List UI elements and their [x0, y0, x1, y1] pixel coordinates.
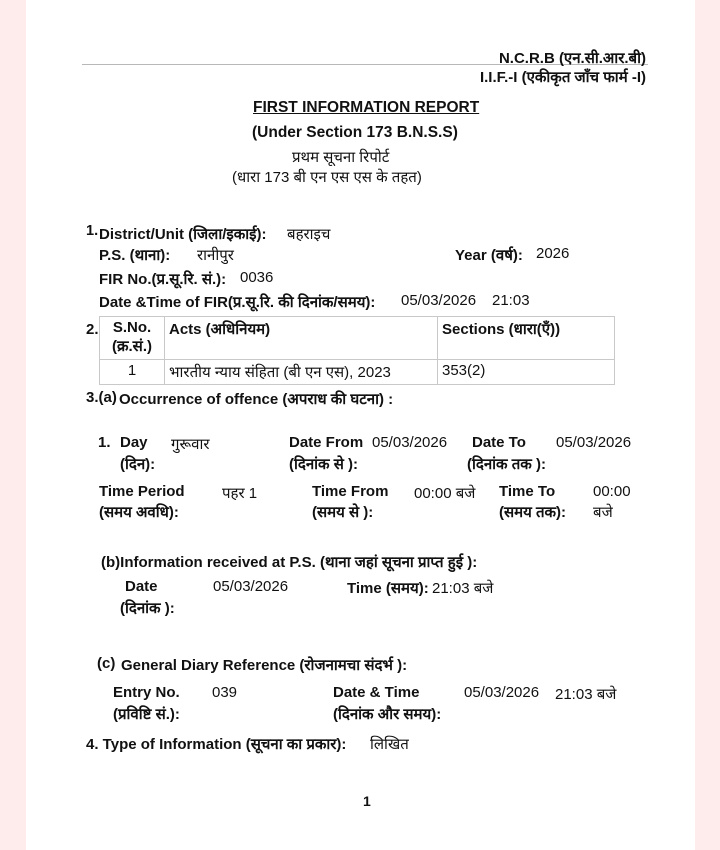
acts-header: Acts (अधिनियम)	[165, 317, 438, 360]
time-from-value: 00:00 बजे	[414, 483, 475, 503]
received-time-label: Time (समय):	[347, 578, 429, 598]
time-to-value-suffix: बजे	[593, 502, 613, 522]
time-period-label-hindi: (समय अवधि):	[99, 502, 179, 522]
entry-no-label-hindi: (प्रविष्टि सं.):	[113, 704, 180, 724]
sno-header-en: S.No.	[104, 319, 160, 336]
gd-date-value: 05/03/2026	[464, 684, 539, 701]
iif-label: I.I.F.-I (एकीकृत जाँच फार्म -I)	[480, 67, 646, 87]
district-value: बहराइच	[287, 224, 330, 244]
ps-value: रानीपुर	[197, 245, 234, 265]
report-subtitle: (Under Section 173 B.N.S.S)	[252, 124, 458, 142]
info-received-heading: (b)Information received at P.S. (थाना जह…	[101, 552, 477, 572]
date-to-label: Date To	[472, 434, 526, 451]
acts-table-header: S.No. (क्र.सं.) Acts (अधिनियम) Sections …	[100, 317, 615, 360]
time-from-label-hindi: (समय से ):	[312, 502, 373, 522]
received-date-label: Date	[125, 578, 158, 595]
fir-date-value: 05/03/2026	[401, 292, 476, 309]
time-period-value: पहर 1	[222, 483, 257, 503]
time-to-label-hindi: (समय तक):	[499, 502, 566, 522]
time-from-label: Time From	[312, 483, 388, 500]
date-from-value: 05/03/2026	[372, 434, 447, 451]
page-number: 1	[363, 793, 371, 809]
fir-number-value: 0036	[240, 269, 273, 286]
received-time-value: 21:03 बजे	[432, 578, 493, 598]
occurrence-heading: Occurrence of offence (अपराध की घटना) :	[119, 389, 393, 409]
sno-header-hi: (क्र.सं.)	[104, 336, 160, 356]
fir-datetime-label: Date &Time of FIR(प्र.सू.रि. की दिनांक/स…	[99, 292, 375, 312]
report-title: FIRST INFORMATION REPORT	[253, 99, 479, 117]
row-sno: 1	[100, 360, 165, 385]
section2-number: 2.	[86, 321, 99, 338]
info-type-value: लिखित	[370, 734, 409, 754]
row-act: भारतीय न्याय संहिता (बी एन एस), 2023	[165, 360, 438, 385]
ncrb-label: N.C.R.B (एन.सी.आर.बी)	[499, 48, 646, 68]
district-label: District/Unit (जिला/इकाई):	[99, 224, 267, 244]
entry-no-label: Entry No.	[113, 684, 180, 701]
gd-datetime-label-hindi: (दिनांक और समय):	[333, 704, 441, 724]
report-title-hindi: प्रथम सूचना रिपोर्ट	[292, 147, 389, 167]
date-from-label: Date From	[289, 434, 363, 451]
sno-header: S.No. (क्र.सं.)	[100, 317, 165, 360]
time-period-label: Time Period	[99, 483, 185, 500]
entry-no-value: 039	[212, 684, 237, 701]
report-subtitle-hindi: (धारा 173 बी एन एस एस के तहत)	[232, 167, 422, 187]
ps-label: P.S. (थाना):	[99, 245, 170, 265]
time-to-value: 00:00	[593, 483, 631, 500]
year-value: 2026	[536, 245, 569, 262]
occurrence-item-number: 1.	[98, 434, 111, 451]
gd-time-value: 21:03 बजे	[555, 684, 616, 704]
received-date-label-hindi: (दिनांक ):	[120, 598, 175, 618]
acts-table: S.No. (क्र.सं.) Acts (अधिनियम) Sections …	[99, 316, 615, 385]
sections-header: Sections (धारा(एँ))	[438, 317, 615, 360]
year-label: Year (वर्ष):	[455, 245, 523, 265]
fir-time-value: 21:03	[492, 292, 530, 309]
day-label: Day	[120, 434, 148, 451]
time-to-label: Time To	[499, 483, 555, 500]
info-type-label: 4. Type of Information (सूचना का प्रकार)…	[86, 734, 346, 754]
gd-ref-heading: General Diary Reference (रोजनामचा संदर्भ…	[121, 655, 407, 675]
gd-ref-number: (c)	[97, 655, 115, 672]
date-to-value: 05/03/2026	[556, 434, 631, 451]
gd-datetime-label: Date & Time	[333, 684, 419, 701]
received-date-value: 05/03/2026	[213, 578, 288, 595]
day-value: गुरूवार	[171, 434, 209, 454]
row-sections: 353(2)	[438, 360, 615, 385]
day-label-hindi: (दिन):	[120, 454, 155, 474]
date-from-label-hindi: (दिनांक से ):	[289, 454, 358, 474]
section1-number: 1.	[86, 223, 98, 239]
table-row: 1 भारतीय न्याय संहिता (बी एन एस), 2023 3…	[100, 360, 615, 385]
section3-number: 3.(a)	[86, 389, 117, 406]
date-to-label-hindi: (दिनांक तक ):	[467, 454, 546, 474]
fir-number-label: FIR No.(प्र.सू.रि. सं.):	[99, 269, 226, 289]
